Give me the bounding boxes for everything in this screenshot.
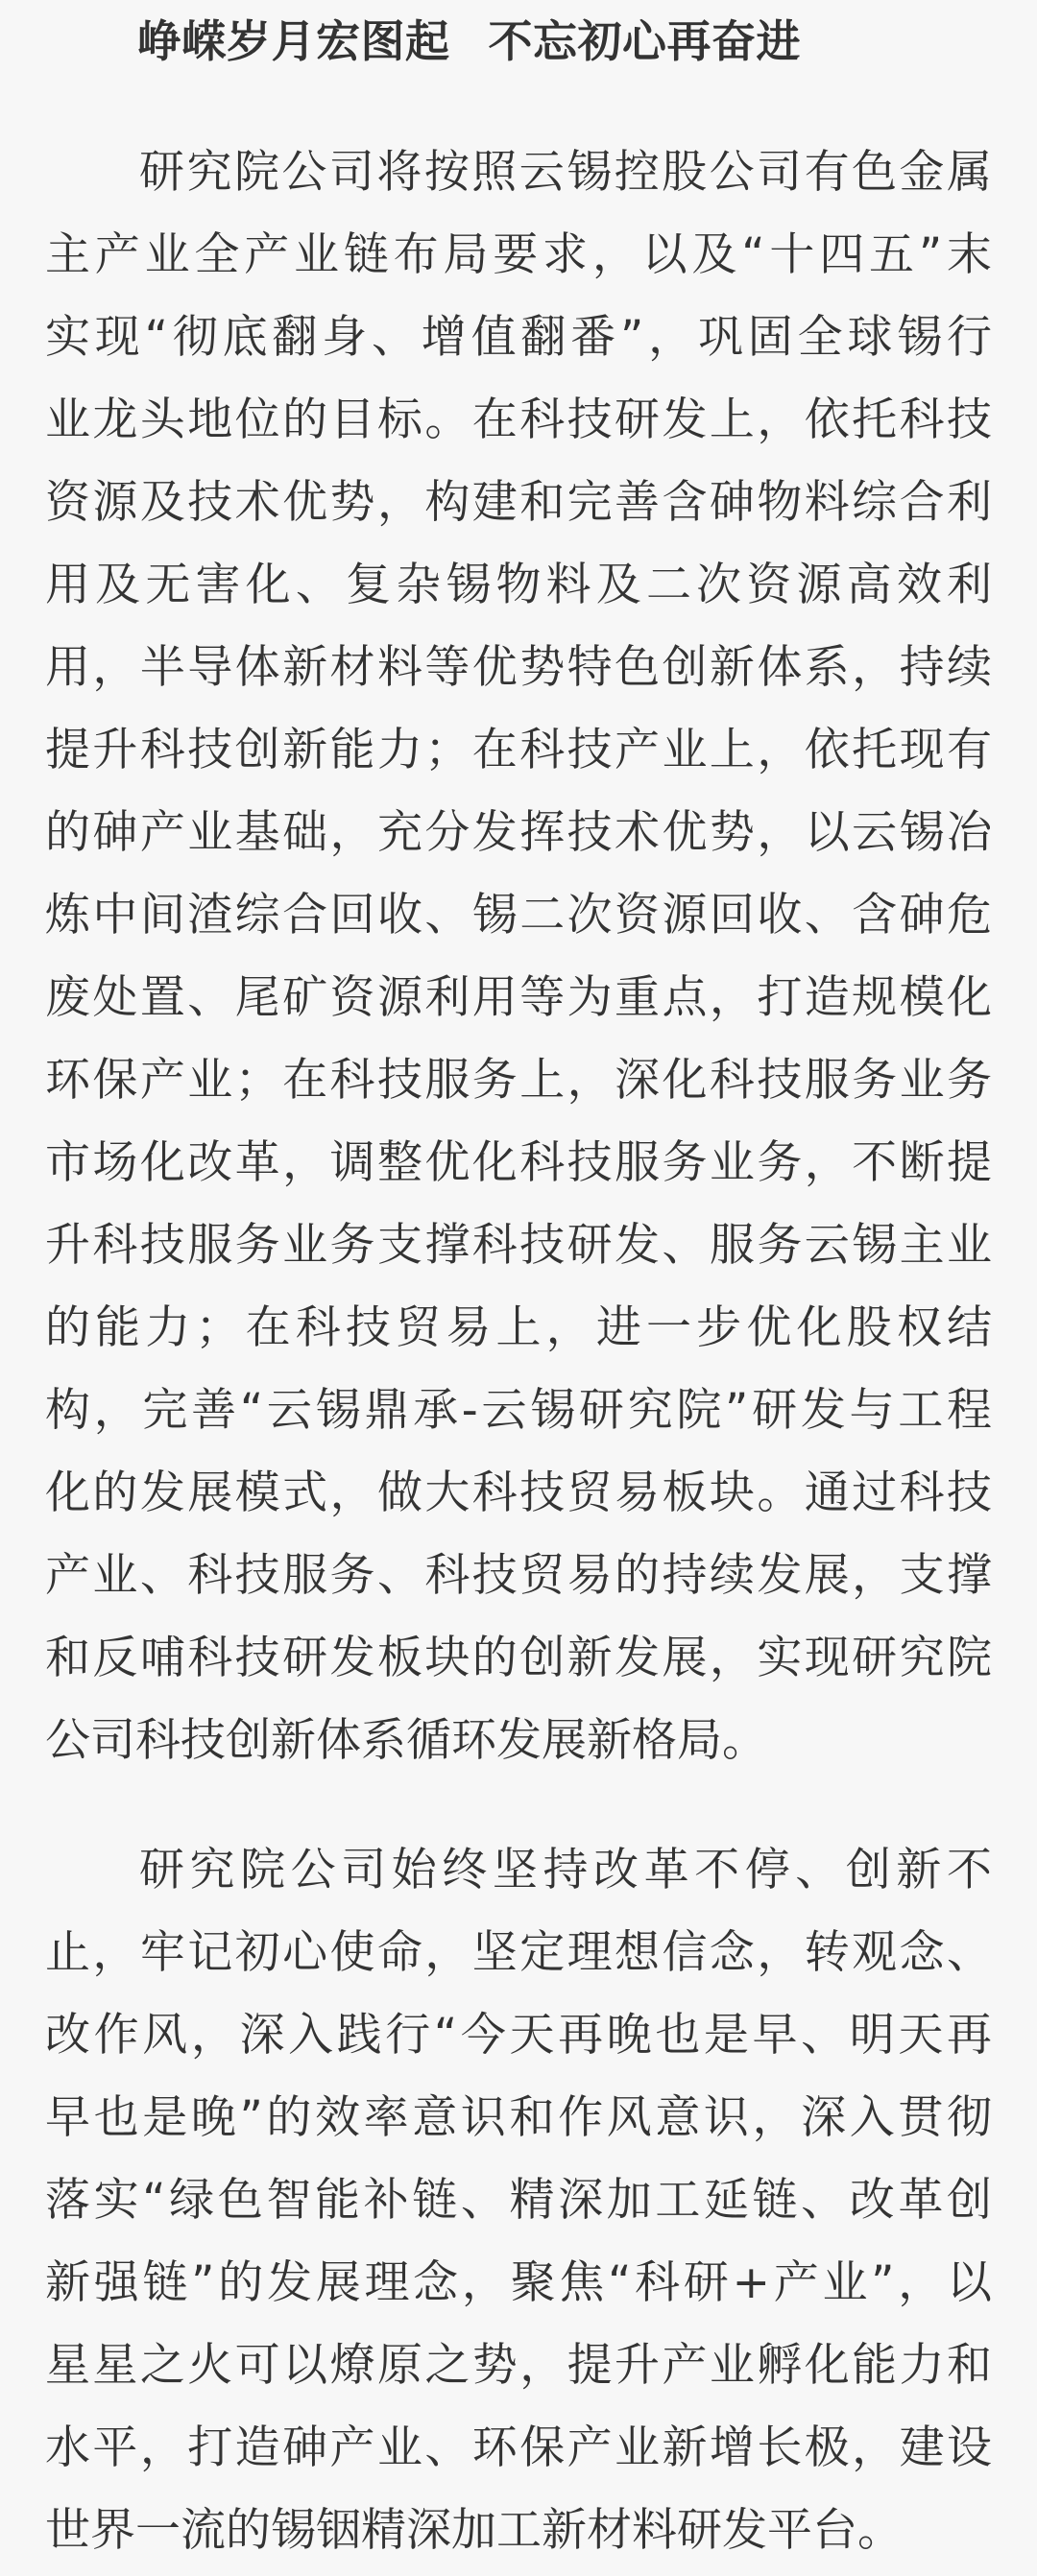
paragraph-line: 改作风，深入践行“今天再晚也是早、明天再 xyxy=(45,1994,992,2077)
article-title: 峥嵘岁月宏图起不忘初心再奋进 xyxy=(45,0,992,83)
paragraph-line: 主产业全产业链布局要求，以及“十四五”末 xyxy=(45,214,992,297)
paragraph-1: 研究院公司将按照云锡控股公司有色金属 主产业全产业链布局要求，以及“十四五”末 … xyxy=(45,131,992,1782)
paragraph-line: 业龙头地位的目标。在科技研发上，依托科技 xyxy=(45,379,992,462)
paragraph-line: 落实“绿色智能补链、精深加工延链、改革创 xyxy=(45,2159,992,2242)
paragraph-line: 和反哺科技研发板块的创新发展，实现研究院 xyxy=(45,1617,992,1700)
paragraph-line: 早也是晚”的效率意识和作风意识，深入贯彻 xyxy=(45,2077,992,2159)
paragraph-line: 止，牢记初心使命，坚定理想信念，转观念、 xyxy=(45,1912,992,1994)
paragraph-line: 的能力；在科技贸易上，进一步优化股权结 xyxy=(45,1287,992,1370)
paragraph-line: 升科技服务业务支撑科技研发、服务云锡主业 xyxy=(45,1205,992,1287)
paragraph-line: 环保产业；在科技服务上，深化科技服务业务 xyxy=(45,1039,992,1122)
paragraph-line: 市场化改革，调整优化科技服务业务，不断提 xyxy=(45,1122,992,1205)
paragraph-line: 世界一流的锡铟精深加工新材料研发平台。 xyxy=(45,2490,992,2572)
paragraph-line: 公司科技创新体系循环发展新格局。 xyxy=(45,1700,992,1782)
paragraph-line: 资源及技术优势，构建和完善含砷物料综合利 xyxy=(45,462,992,544)
paragraph-line: 用，半导体新材料等优势特色创新体系，持续 xyxy=(45,627,992,709)
paragraph-line: 新强链”的发展理念，聚焦“科研+产业”，以 xyxy=(45,2242,992,2325)
paragraph-line: 废处置、尾矿资源利用等为重点，打造规模化 xyxy=(45,957,992,1039)
paragraph-line: 炼中间渣综合回收、锡二次资源回收、含砷危 xyxy=(45,874,992,957)
paragraph-line: 用及无害化、复杂锡物料及二次资源高效利 xyxy=(45,544,992,627)
paragraph-line: 化的发展模式，做大科技贸易板块。通过科技 xyxy=(45,1452,992,1535)
paragraph-line: 星星之火可以燎原之势，提升产业孵化能力和 xyxy=(45,2325,992,2407)
paragraph-line: 提升科技创新能力；在科技产业上，依托现有 xyxy=(45,709,992,792)
paragraph-2: 研究院公司始终坚持改革不停、创新不 止，牢记初心使命，坚定理想信念，转观念、 改… xyxy=(45,1829,992,2572)
paragraph-line: 研究院公司始终坚持改革不停、创新不 xyxy=(45,1829,992,1912)
title-part-1: 峥嵘岁月宏图起 xyxy=(137,15,450,67)
paragraph-line: 构，完善“云锡鼎承-云锡研究院”研发与工程 xyxy=(45,1370,992,1452)
paragraph-line: 的砷产业基础，充分发挥技术优势，以云锡冶 xyxy=(45,792,992,874)
title-part-2: 不忘初心再奋进 xyxy=(489,15,802,67)
paragraph-line: 水平，打造砷产业、环保产业新增长极，建设 xyxy=(45,2407,992,2490)
article: 峥嵘岁月宏图起不忘初心再奋进 研究院公司将按照云锡控股公司有色金属 主产业全产业… xyxy=(45,0,992,2572)
paragraph-line: 产业、科技服务、科技贸易的持续发展，支撑 xyxy=(45,1535,992,1617)
paragraph-line: 实现“彻底翻身、增值翻番”，巩固全球锡行 xyxy=(45,297,992,379)
paragraph-line: 研究院公司将按照云锡控股公司有色金属 xyxy=(45,131,992,214)
